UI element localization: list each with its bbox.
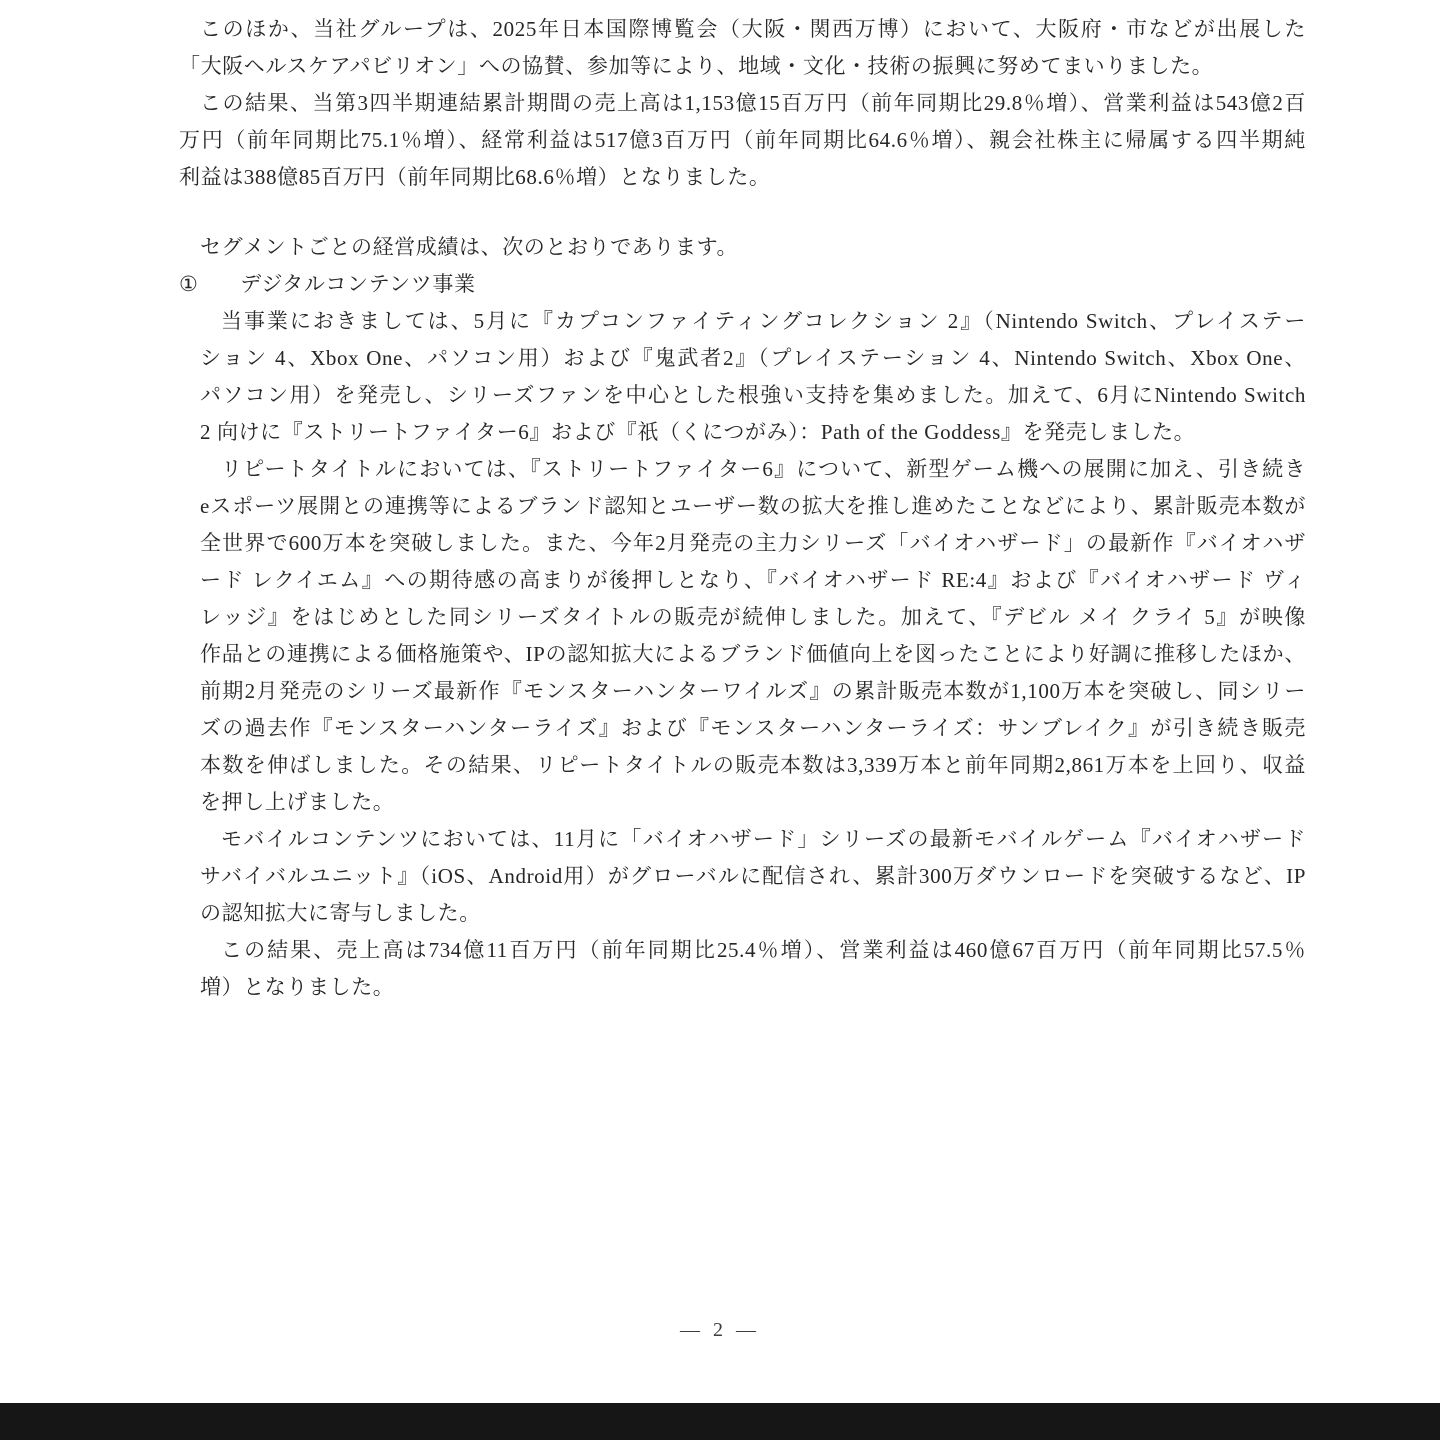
footer-bar xyxy=(0,1403,1440,1440)
text-line: 「大阪ヘルスケアパビリオン」への協賛、参加等により、地域・文化・技術の振興に努め… xyxy=(179,48,1306,85)
intro-paragraph-2: この結果、当第3四半期連結累計期間の売上高は1,153億15百万円（前年同期比2… xyxy=(179,85,1306,196)
text-line: 作品との連携による価格施策や、IPの認知拡大によるブランド価値向上を図ったことに… xyxy=(200,636,1306,673)
section-number: ① xyxy=(179,266,198,303)
text-line: ション 4、Xbox One、パソコン用）および『鬼武者2』（プレイステーション… xyxy=(200,340,1306,377)
text-line: の認知拡大に寄与しました。 xyxy=(200,895,1306,932)
text-line: この結果、当第3四半期連結累計期間の売上高は1,153億15百万円（前年同期比2… xyxy=(179,85,1306,122)
text-line: を押し上げました。 xyxy=(200,784,1306,821)
text-line: 万円（前年同期比75.1％増）、経常利益は517億3百万円（前年同期比64.6％… xyxy=(179,122,1306,159)
text-line: eスポーツ展開との連携等によるブランド認知とユーザー数の拡大を推し進めたことなど… xyxy=(200,488,1306,525)
section-heading: ① デジタルコンテンツ事業 xyxy=(179,266,1306,303)
text-line: この結果、売上高は734億11百万円（前年同期比25.4％増）、営業利益は460… xyxy=(200,932,1306,969)
segment-note-line: セグメントごとの経営成績は、次のとおりであります。 xyxy=(179,229,1306,266)
section-paragraph-2: リピートタイトルにおいては、『ストリートファイター6』について、新型ゲーム機への… xyxy=(200,451,1306,821)
section-paragraph-4: この結果、売上高は734億11百万円（前年同期比25.4％増）、営業利益は460… xyxy=(200,932,1306,1006)
blank-line xyxy=(179,196,1306,229)
text-line: 利益は388億85百万円（前年同期比68.6％増）となりました。 xyxy=(179,159,1306,196)
intro-paragraph-1: このほか、当社グループは、2025年日本国際博覧会（大阪・関西万博）において、大… xyxy=(179,11,1306,85)
section-paragraph-1: 当事業におきましては、5月に『カプコンファイティングコレクション 2』（Nint… xyxy=(200,303,1306,451)
text-line: 増）となりました。 xyxy=(200,969,1306,1006)
text-line: 前期2月発売のシリーズ最新作『モンスターハンターワイルズ』の累計販売本数が1,1… xyxy=(200,673,1306,710)
text-line: 本数を伸ばしました。その結果、リピートタイトルの販売本数は3,339万本と前年同… xyxy=(200,747,1306,784)
text-line: 全世界で600万本を突破しました。また、今年2月発売の主力シリーズ「バイオハザー… xyxy=(200,525,1306,562)
text-line: リピートタイトルにおいては、『ストリートファイター6』について、新型ゲーム機への… xyxy=(200,451,1306,488)
page-number: — 2 — xyxy=(0,1315,1440,1345)
text-line: ード レクイエム』への期待感の高まりが後押しとなり、『バイオハザード RE:4』… xyxy=(200,562,1306,599)
text-line: このほか、当社グループは、2025年日本国際博覧会（大阪・関西万博）において、大… xyxy=(179,11,1306,48)
text-line: 2 向けに『ストリートファイター6』および『祇（くにつがみ）：Path of t… xyxy=(200,414,1306,451)
text-line: 当事業におきましては、5月に『カプコンファイティングコレクション 2』（Nint… xyxy=(200,303,1306,340)
text-line: モバイルコンテンツにおいては、11月に「バイオハザード」シリーズの最新モバイルゲ… xyxy=(200,821,1306,858)
text-line: レッジ』をはじめとした同シリーズタイトルの販売が続伸しました。加えて、『デビル … xyxy=(200,599,1306,636)
section-body: 当事業におきましては、5月に『カプコンファイティングコレクション 2』（Nint… xyxy=(200,303,1306,1006)
text-line: サバイバルユニット』（iOS、Android用）がグローバルに配信され、累計30… xyxy=(200,858,1306,895)
section-title: デジタルコンテンツ事業 xyxy=(240,266,475,303)
text-line: ズの過去作『モンスターハンターライズ』および『モンスターハンターライズ：サンブレ… xyxy=(200,710,1306,747)
document-page: このほか、当社グループは、2025年日本国際博覧会（大阪・関西万博）において、大… xyxy=(179,11,1306,1006)
section-paragraph-3: モバイルコンテンツにおいては、11月に「バイオハザード」シリーズの最新モバイルゲ… xyxy=(200,821,1306,932)
text-line: パソコン用）を発売し、シリーズファンを中心とした根強い支持を集めました。加えて、… xyxy=(200,377,1306,414)
